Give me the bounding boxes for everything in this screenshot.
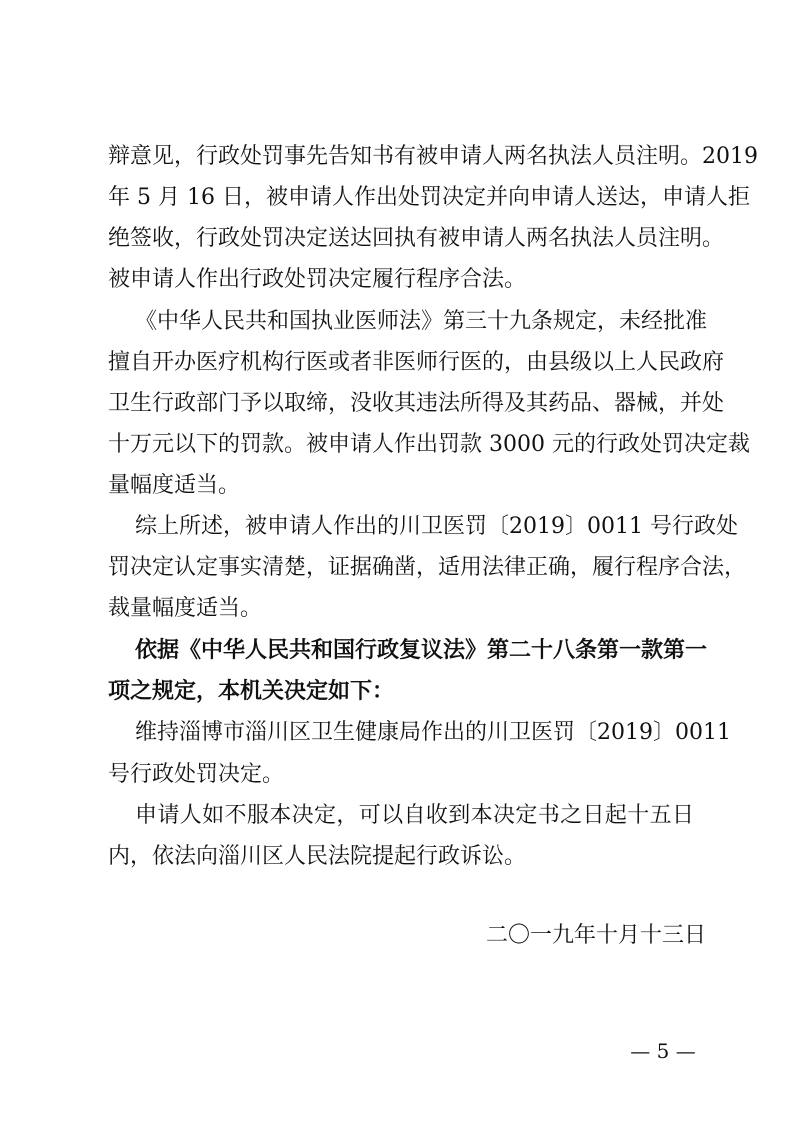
document-date: 二〇一九年十月十三日 [486, 921, 696, 951]
paragraph-2-line-2: 擅自开办医疗机构行医或者非医师行医的，由县级以上人民政府 [108, 348, 694, 378]
paragraph-2-line-5: 量幅度适当。 [108, 471, 694, 501]
paragraph-1-line-3: 绝签收，行政处罚决定送达回执有被申请人两名执法人员注明。 [108, 224, 694, 254]
decision-basis-line-1: 依据《中华人民共和国行政复议法》第二十八条第一款第一 [135, 636, 694, 666]
appeal-notice-line-2: 内，依法向淄川区人民法院提起行政诉讼。 [108, 842, 694, 872]
decision-line-1: 维持淄博市淄川区卫生健康局作出的川卫医罚〔2019〕0011 [135, 718, 694, 748]
paragraph-2-line-4: 十万元以下的罚款。被申请人作出罚款 3000 元的行政处罚决定裁 [108, 430, 694, 460]
paragraph-2-line-3: 卫生行政部门予以取缔，没收其违法所得及其药品、器械，并处 [108, 389, 694, 419]
appeal-notice-line-1: 申请人如不服本决定，可以自收到本决定书之日起十五日 [135, 801, 694, 831]
paragraph-3-line-3: 裁量幅度适当。 [108, 594, 694, 624]
document-page: 辩意见，行政处罚事先告知书有被申请人两名执法人员注明。2019 年 5 月 16… [0, 0, 794, 1123]
paragraph-1-line-1: 辩意见，行政处罚事先告知书有被申请人两名执法人员注明。2019 [108, 142, 694, 172]
paragraph-3-line-2: 罚决定认定事实清楚，证据确凿，适用法律正确，履行程序合法， [108, 553, 694, 583]
paragraph-3-line-1: 综上所述，被申请人作出的川卫医罚〔2019〕0011 号行政处 [135, 512, 694, 542]
paragraph-1-line-2: 年 5 月 16 日，被申请人作出处罚决定并向申请人送达，申请人拒 [108, 183, 694, 213]
decision-line-2: 号行政处罚决定。 [108, 760, 694, 790]
paragraph-2-line-1: 《中华人民共和国执业医师法》第三十九条规定，未经批准 [135, 307, 694, 337]
page-number: — 5 — [628, 1038, 698, 1064]
decision-basis-line-2: 项之规定，本机关决定如下： [108, 677, 694, 707]
paragraph-1-line-4: 被申请人作出行政处罚决定履行程序合法。 [108, 265, 694, 295]
